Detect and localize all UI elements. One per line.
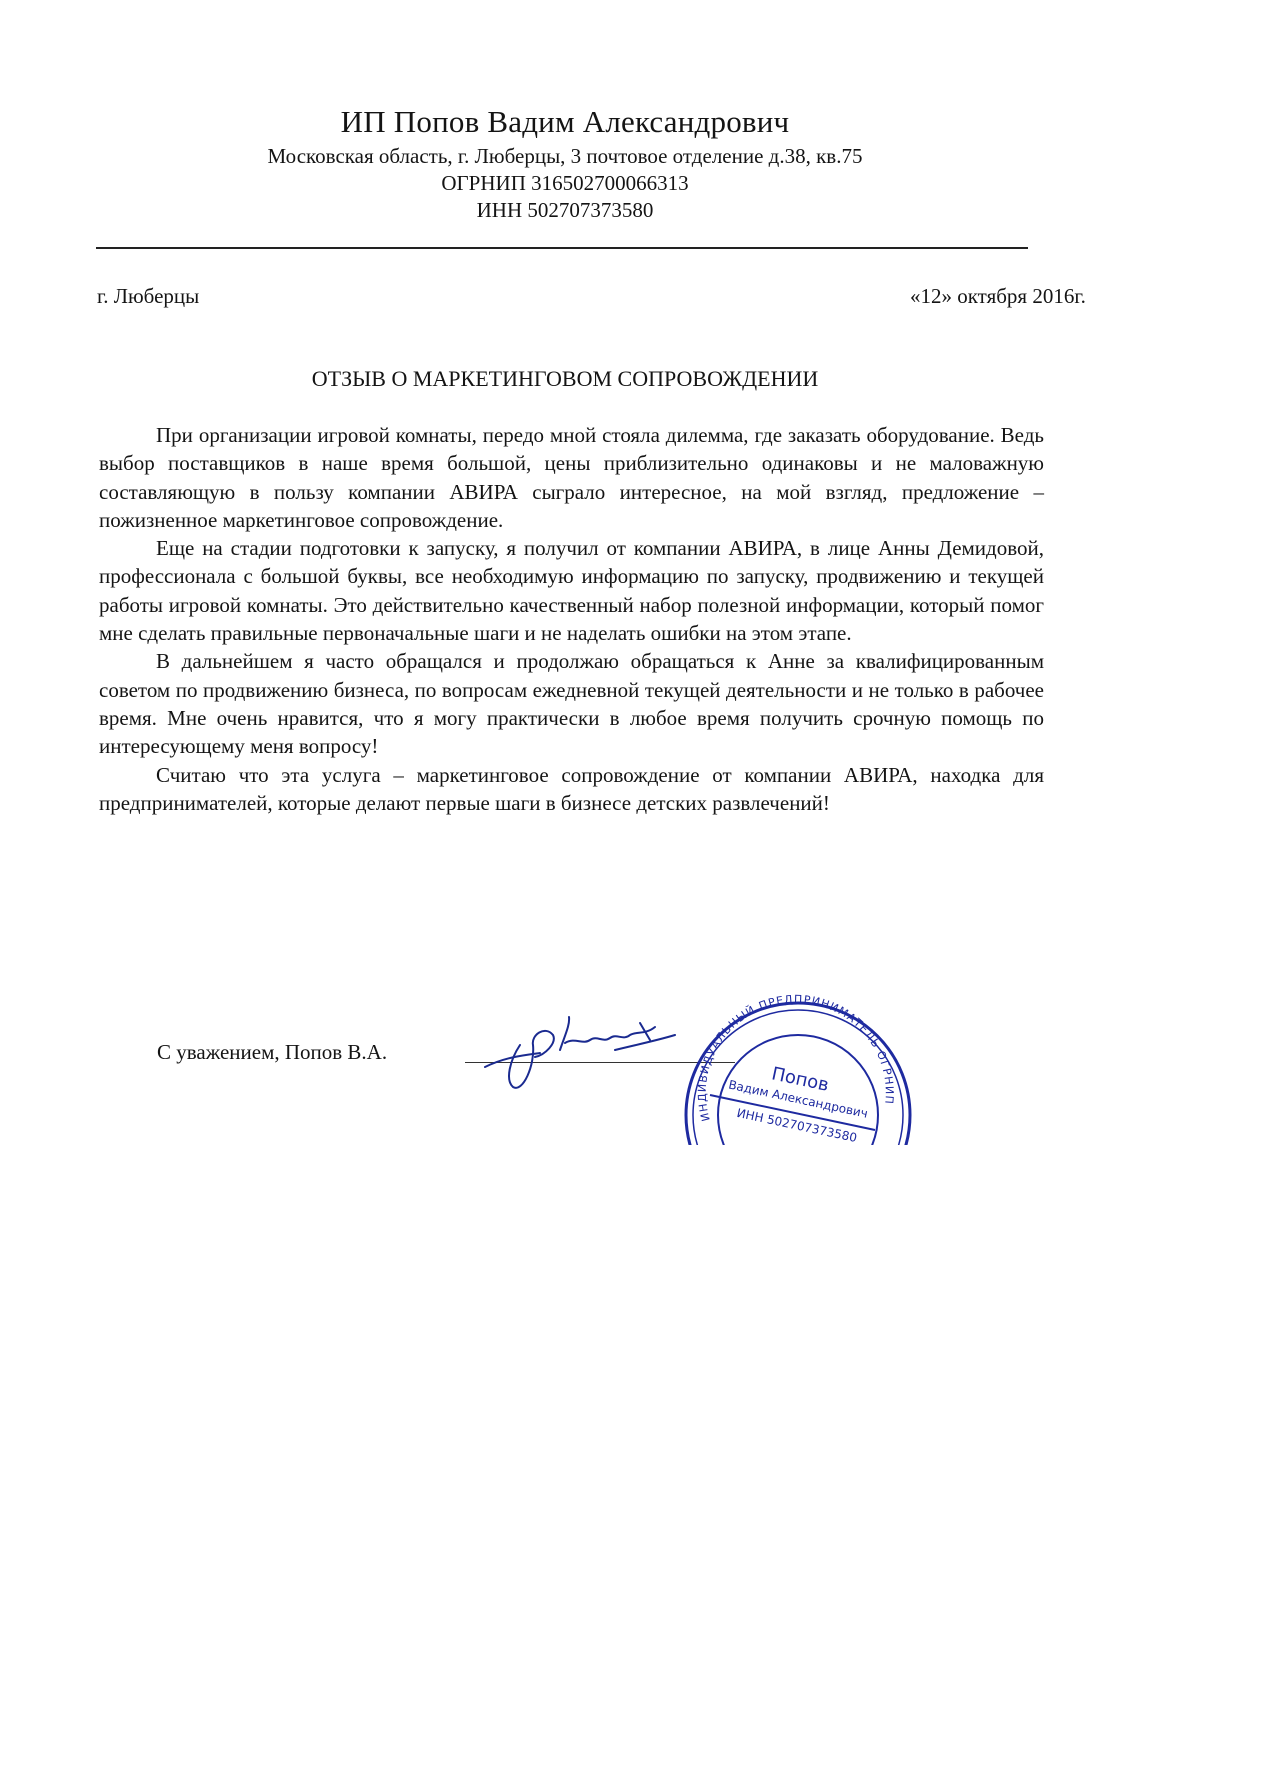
closing-signoff: С уважением, Попов В.А. (157, 1040, 387, 1065)
sender-inn: ИНН 502707373580 (0, 198, 1130, 223)
document-title: ОТЗЫВ О МАРКЕТИНГОВОМ СОПРОВОЖДЕНИИ (0, 366, 1130, 392)
body-paragraph: Считаю что эта услуга – маркетинговое со… (99, 761, 1044, 818)
handwritten-signature-icon (465, 1005, 695, 1105)
sender-address: Московская область, г. Люберцы, 3 почтов… (0, 144, 1130, 169)
header-divider (96, 247, 1028, 249)
body-paragraph: Еще на стадии подготовки к запуску, я по… (99, 534, 1044, 647)
body-paragraph: В дальнейшем я часто обращался и продолж… (99, 647, 1044, 760)
company-stamp: ИНДИВИДУАЛЬНЫЙ ПРЕДПРИНИМАТЕЛЬ ОГРНИП 31… (670, 985, 920, 1145)
letter-date: «12» октября 2016г. (910, 284, 1086, 309)
letter-body: При организации игровой комнаты, передо … (99, 421, 1044, 817)
sender-ogrnip: ОГРНИП 316502700066313 (0, 171, 1130, 196)
letter-city: г. Люберцы (97, 284, 199, 309)
body-paragraph: При организации игровой комнаты, передо … (99, 421, 1044, 534)
sender-name: ИП Попов Вадим Александрович (0, 104, 1130, 140)
